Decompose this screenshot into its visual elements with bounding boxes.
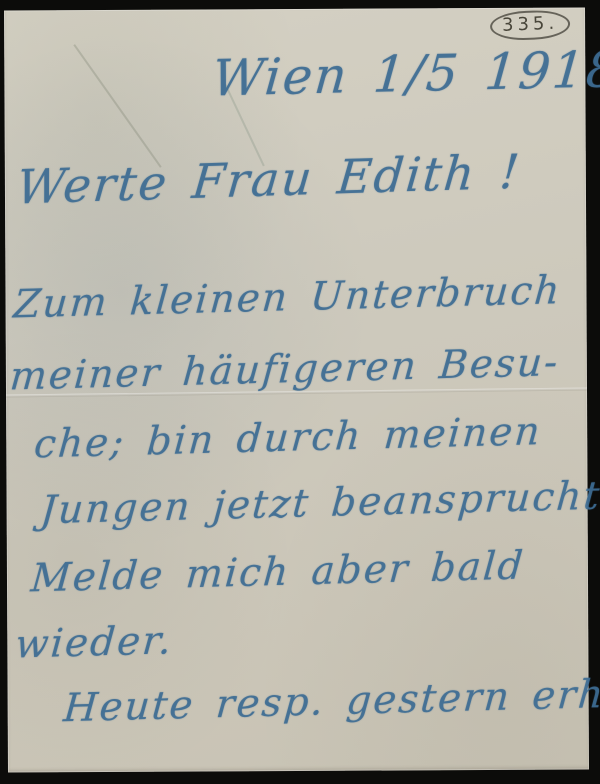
- letter-paper: 335. Wien 1/5 1918 Werte Frau Edith ! Zu…: [4, 7, 589, 772]
- archive-number: 335.: [502, 13, 559, 36]
- scan-frame: 335. Wien 1/5 1918 Werte Frau Edith ! Zu…: [0, 0, 600, 784]
- body-line: che; bin durch meinen: [33, 409, 544, 467]
- archive-number-stamp: 335.: [490, 9, 571, 41]
- dateline: Wien 1/5 1918: [210, 40, 600, 107]
- salutation: Werte Frau Edith !: [14, 145, 523, 216]
- body-line: Heute resp. gestern erhielt: [62, 670, 600, 731]
- body-line: Zum kleinen Unterbruch: [12, 268, 563, 327]
- crease-mark: [73, 44, 161, 168]
- body-line: Jungen jetzt beansprucht.: [39, 473, 600, 533]
- body-line: Melde mich aber bald: [29, 543, 526, 601]
- body-line: wieder.: [14, 618, 175, 667]
